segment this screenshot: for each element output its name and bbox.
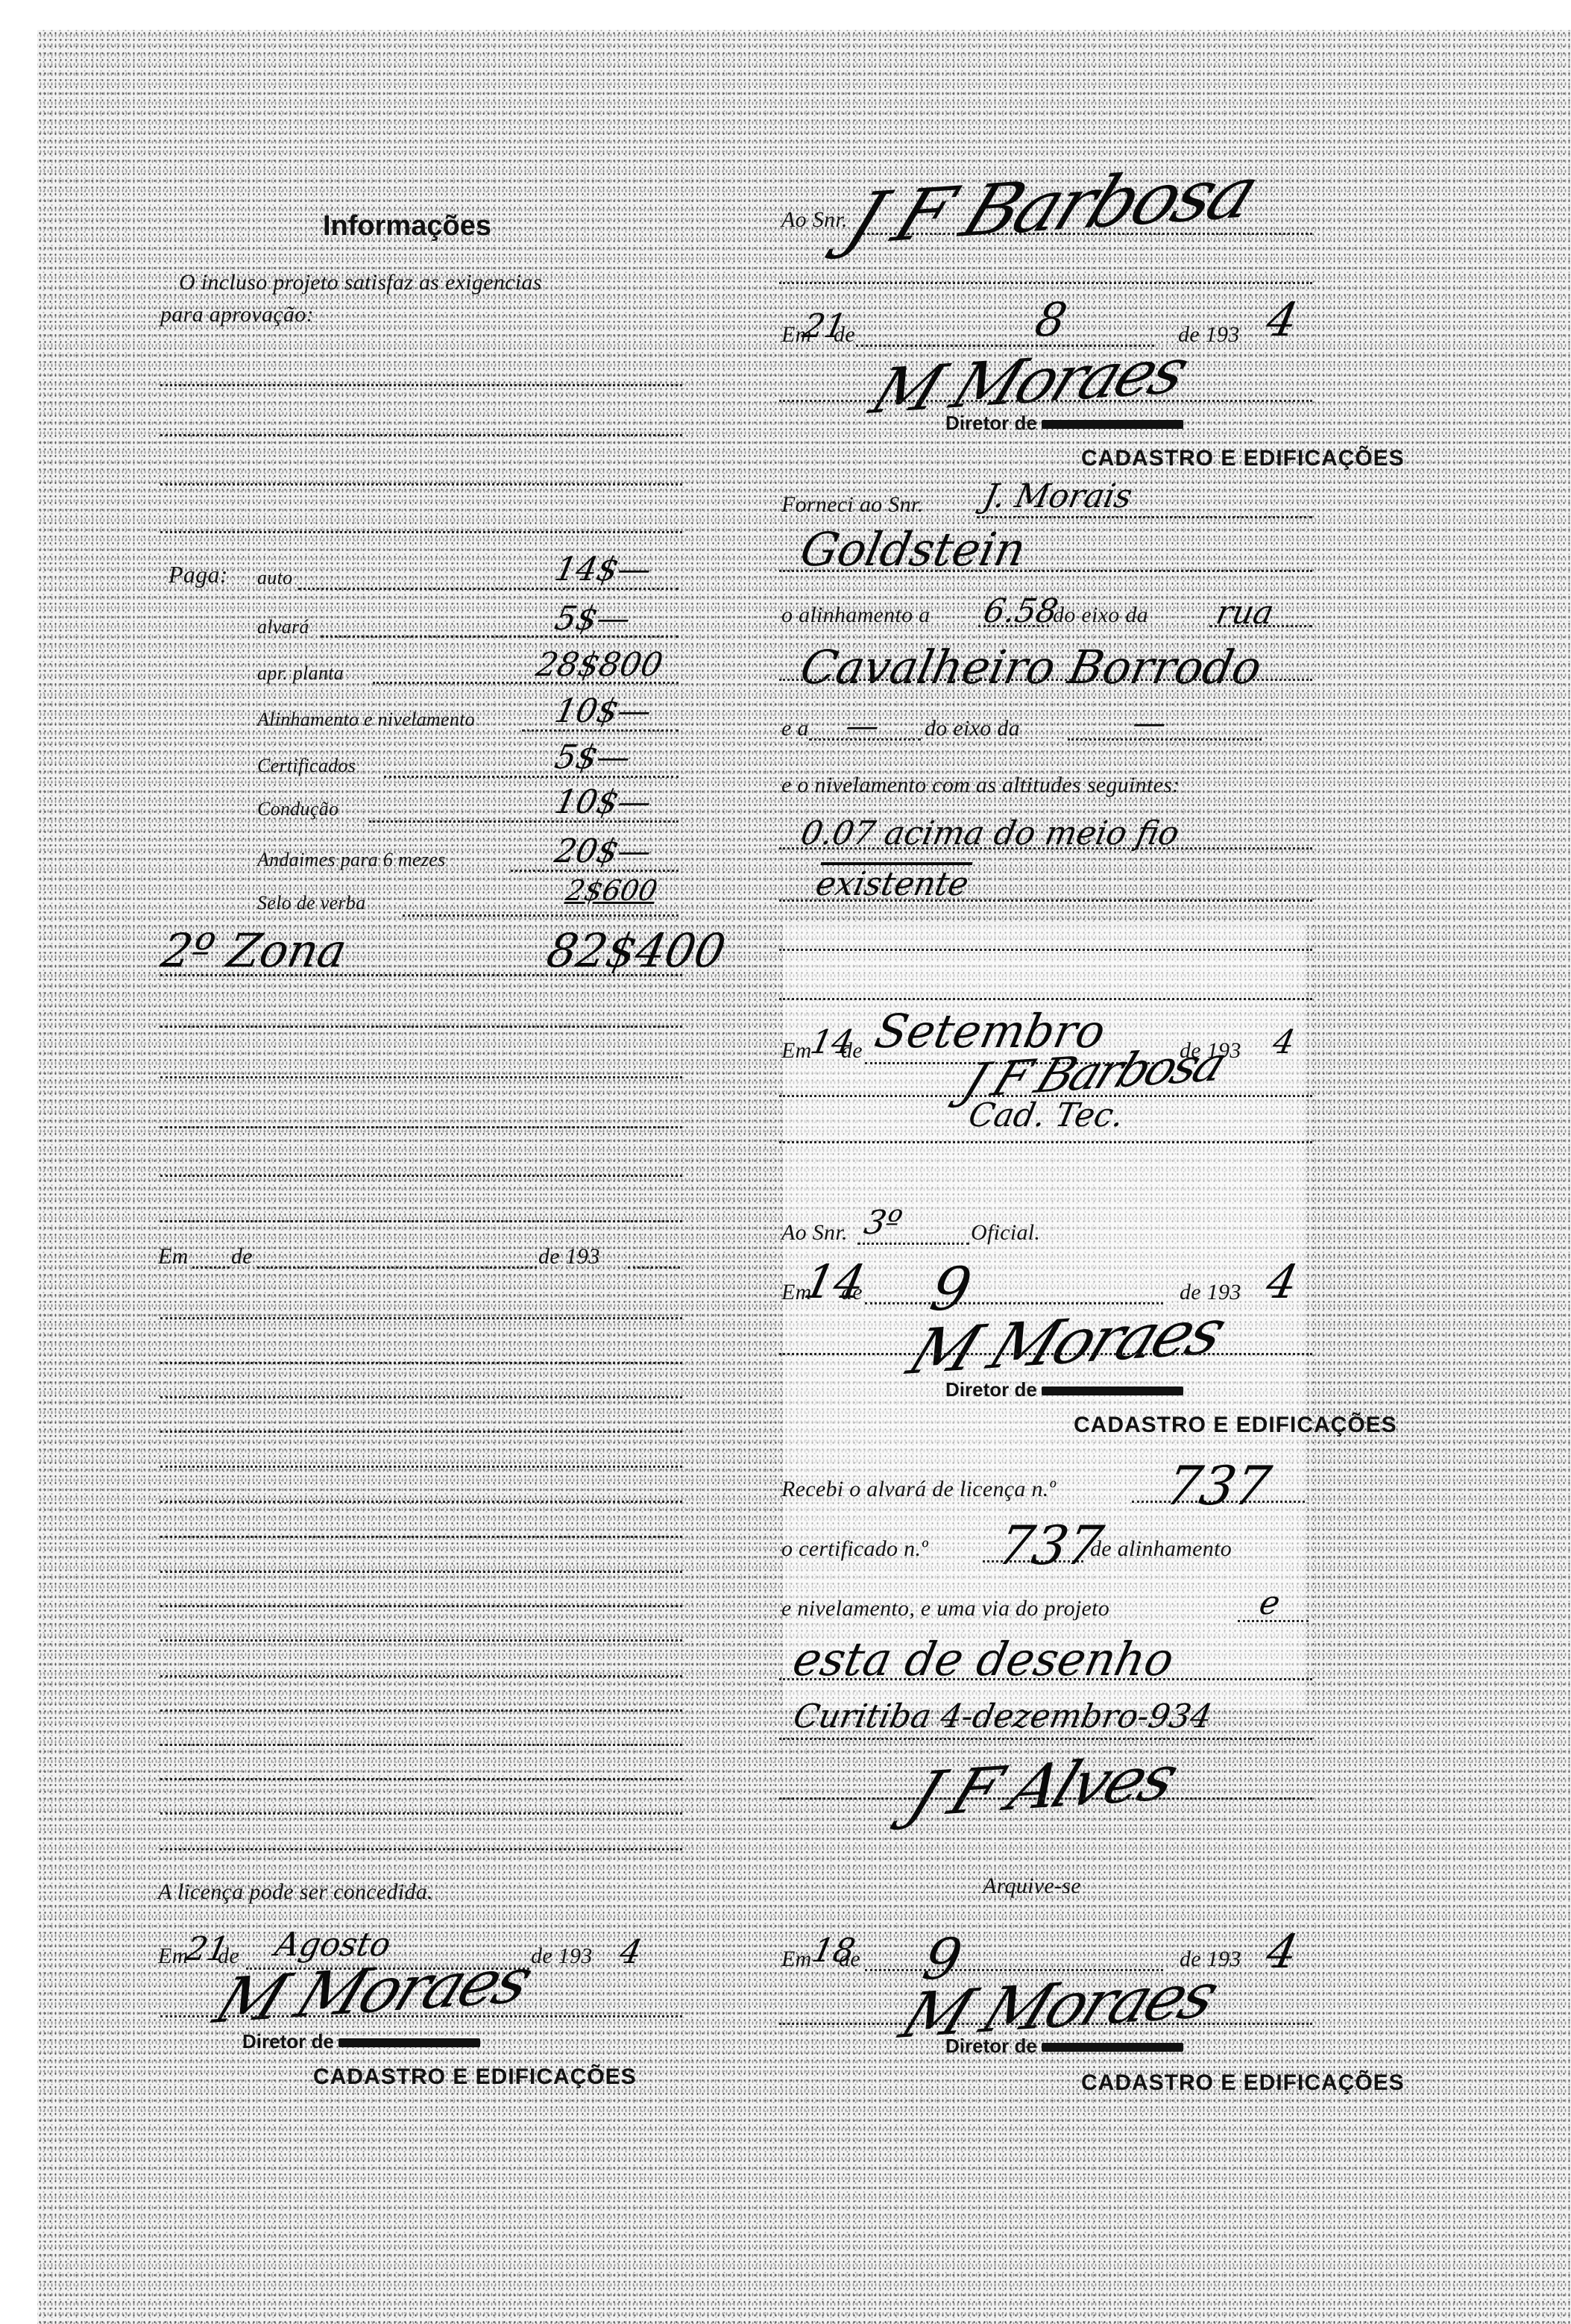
dotted-line	[779, 570, 1312, 572]
dotted-line	[160, 1605, 682, 1607]
fee-label: alvará	[257, 616, 309, 638]
dotted-line	[779, 1738, 1312, 1740]
fee-value: 20$—	[552, 832, 655, 870]
signature-title: Cad. Tec.	[966, 1096, 1127, 1134]
director-label: Diretor de	[242, 2030, 480, 2053]
director-label: Diretor de	[945, 2035, 1183, 2058]
dotted-line	[779, 899, 1312, 902]
do-eixo-label-2: do eixo da	[925, 716, 1020, 741]
dotted-line	[160, 1744, 682, 1746]
fee-label: Alinhamento e nivelamento	[257, 709, 475, 731]
fee-value: 10$—	[552, 692, 655, 730]
dotted-line	[160, 1396, 682, 1398]
ao-snr-label: Ao Snr.	[781, 207, 848, 233]
director-label: Diretor de	[945, 1378, 1183, 1401]
nivelamento-label: e o nivelamento com as altitudes seguint…	[781, 773, 1180, 798]
intro-line-1: O incluso projeto satisfaz as exigencias	[179, 270, 542, 295]
department-stamp: CADASTRO E EDIFICAÇÕES	[1081, 446, 1405, 471]
dotted-line	[160, 1317, 682, 1319]
date-prefix: Em	[158, 1244, 189, 1269]
dotted-line	[160, 1848, 682, 1850]
fee-total: 82$400	[542, 923, 730, 978]
dotted-line	[160, 531, 682, 533]
dotted-line	[384, 776, 679, 778]
dotted-line	[779, 282, 1312, 284]
recipient-field	[857, 1243, 969, 1245]
alvara-number: 737	[1160, 1454, 1276, 1517]
dotted-line	[160, 1639, 682, 1642]
certificado-label: o certificado n.º	[781, 1536, 928, 1562]
nivelamento-label: e nivelamento, e uma via do projeto	[781, 1596, 1109, 1621]
struck-department	[1042, 2043, 1183, 2052]
dotted-line	[779, 400, 1312, 402]
dotted-line	[160, 1466, 682, 1468]
arquive-label: Arquive-se	[983, 1874, 1081, 1899]
struck-department	[339, 2038, 480, 2047]
dotted-line	[160, 1536, 682, 1538]
director-label-text: Diretor de	[945, 2035, 1037, 2057]
dotted-line	[160, 974, 682, 976]
dotted-line	[160, 483, 682, 486]
dotted-line	[160, 1362, 682, 1364]
date-year-prefix: de 193	[538, 1244, 600, 1269]
dotted-line	[403, 914, 679, 917]
name-field	[977, 516, 1312, 518]
fee-value: 10$—	[552, 783, 655, 821]
oficial-label: Oficial.	[971, 1220, 1040, 1246]
director-label-text: Diretor de	[242, 2030, 334, 2053]
paga-label: Paga:	[169, 561, 228, 588]
fee-label: Certificados	[257, 755, 356, 777]
date-month-field	[257, 1266, 537, 1269]
date-day-field	[192, 1266, 230, 1269]
dotted-line	[779, 1797, 1312, 1800]
dotted-line	[160, 1026, 682, 1028]
fee-label: apr. planta	[257, 662, 344, 685]
department-stamp: CADASTRO E EDIFICAÇÕES	[313, 2064, 637, 2090]
struck-department	[1042, 420, 1183, 429]
dotted-line	[779, 1353, 1312, 1355]
fee-value: 5$—	[552, 600, 635, 638]
do-eixo-label: do eixo da	[1053, 603, 1148, 628]
dotted-line	[160, 1812, 682, 1815]
name-line-2: Goldstein	[796, 522, 1030, 577]
dotted-line	[779, 2023, 1312, 2025]
alinhamento-value: 6.58	[980, 592, 1062, 630]
level-line-2: existente	[813, 865, 972, 903]
dotted-line	[779, 847, 1312, 849]
dotted-line	[160, 1175, 682, 1177]
approval-date-year-prefix: de 193	[531, 1944, 593, 1969]
dotted-line	[160, 1778, 682, 1780]
director-label-text: Diretor de	[945, 412, 1037, 434]
dotted-line	[160, 1709, 682, 1712]
dotted-line	[160, 434, 682, 436]
date-de: de	[841, 1038, 863, 1064]
department-stamp: CADASTRO E EDIFICAÇÕES	[1074, 1413, 1397, 1438]
date-de: de	[841, 1280, 863, 1305]
dotted-line	[160, 1430, 682, 1433]
recebi-label: Recebi o alvará de licença n.º	[781, 1477, 1056, 1502]
fee-value: 14$—	[552, 550, 655, 588]
name-line-1: J. Morais	[980, 477, 1136, 515]
fee-label: Selo de verba	[257, 892, 365, 914]
director-label: Diretor de	[945, 412, 1183, 435]
zone-label: 2º Zona	[157, 923, 351, 978]
dotted-line	[160, 1126, 682, 1128]
fee-label: Andaimes para 6 mezes	[257, 849, 446, 871]
fee-value: 28$800	[533, 646, 667, 684]
fee-label: Condução	[257, 798, 339, 820]
intro-line-2: para aprovação:	[160, 302, 314, 327]
dotted-line	[160, 1501, 682, 1503]
dotted-line	[160, 1220, 682, 1222]
approval-text: A licença pode ser concedida.	[158, 1879, 433, 1905]
dotted-line	[779, 949, 1312, 951]
street-name: Cavalheiro Borrodo	[796, 640, 1266, 694]
struck-department	[1042, 1386, 1183, 1395]
dotted-line	[160, 1076, 682, 1078]
page-title: Informações	[323, 210, 491, 242]
date-de: de	[231, 1244, 253, 1269]
dotted-line	[160, 1675, 682, 1677]
fee-value: 5$—	[552, 738, 635, 776]
director-label-text: Diretor de	[945, 1378, 1037, 1401]
fee-value: 2$600	[563, 874, 660, 907]
alinhamento-label: o alinhamento a	[781, 603, 931, 628]
dotted-line	[779, 1678, 1312, 1680]
dotted-line	[160, 2015, 682, 2017]
date-year-field	[628, 1266, 680, 1269]
date-de: de	[834, 322, 855, 348]
date-de: de	[839, 1947, 860, 1972]
dotted-line	[779, 998, 1312, 1000]
de-alinhamento-label: de alinhamento	[1090, 1536, 1232, 1562]
ao-snr-label: Ao Snr.	[781, 1220, 848, 1246]
dotted-line	[779, 1141, 1312, 1143]
date-prefix: Em	[781, 1947, 812, 1972]
dotted-line	[160, 384, 682, 386]
department-stamp: CADASTRO E EDIFICAÇÕES	[1081, 2070, 1405, 2096]
e-a-label: e a	[781, 716, 809, 741]
dotted-line	[160, 1571, 682, 1573]
e-a-field-2	[1068, 738, 1262, 741]
forneci-label: Forneci ao Snr.	[781, 492, 923, 518]
dotted-line	[779, 679, 1312, 681]
hand-line-2: Curitiba 4-dezembro-934	[790, 1698, 1216, 1736]
street-type: rua	[1213, 594, 1277, 632]
fee-label: auto	[257, 567, 292, 589]
